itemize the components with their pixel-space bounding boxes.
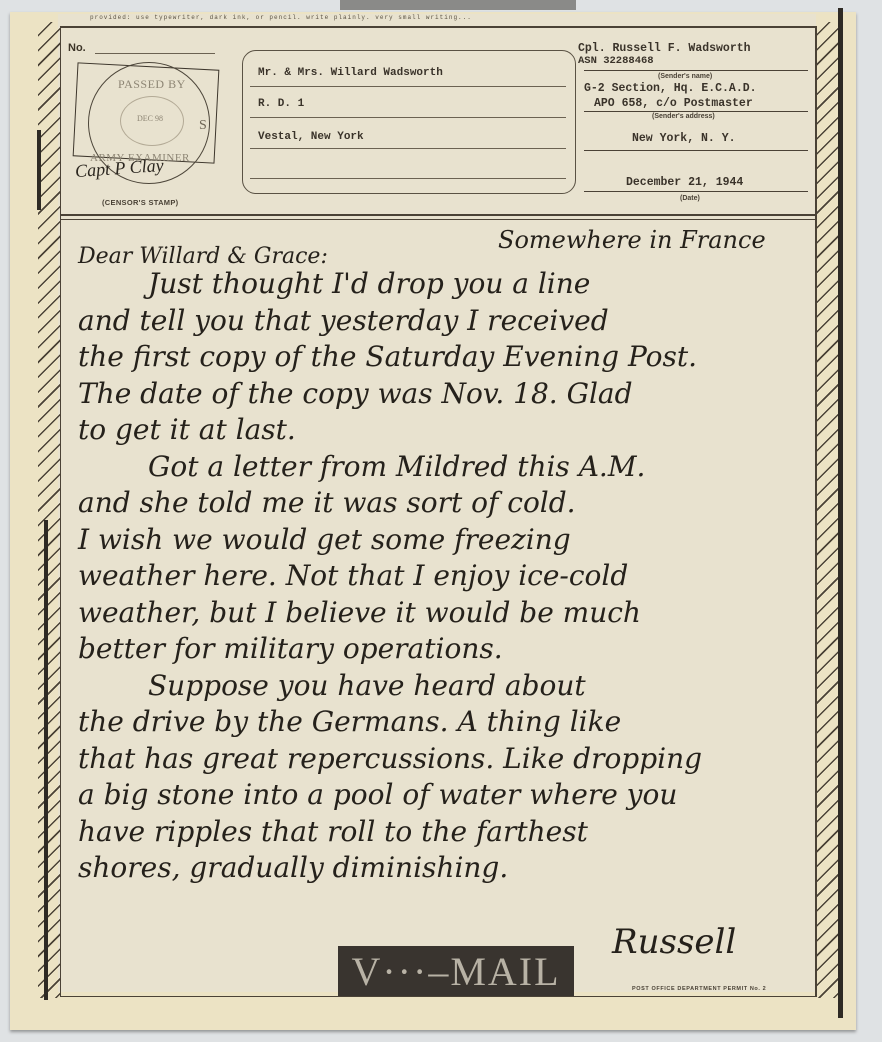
sender-address-caption: (Sender's address) <box>652 113 715 120</box>
censor-stamp-caption: (CENSOR'S STAMP) <box>102 198 178 207</box>
left-border <box>60 26 61 997</box>
post-office-permit: POST OFFICE DEPARTMENT PERMIT No. 2 <box>632 986 766 992</box>
bottom-border <box>60 996 816 997</box>
sender-city-rule <box>584 150 808 151</box>
header-divider-2 <box>60 219 816 220</box>
top-border <box>60 26 816 28</box>
letter-line: better for military operations. <box>78 631 818 668</box>
sender-name-caption: (Sender's name) <box>658 73 712 80</box>
address-rule <box>250 148 566 149</box>
recipient-name: Mr. & Mrs. Willard Wadsworth <box>258 67 443 79</box>
sender-address-rule <box>584 111 808 112</box>
letter-line: to get it at last. <box>78 412 818 449</box>
letter-line: Just thought I'd drop you a line <box>78 266 818 303</box>
number-label: No. <box>68 42 86 54</box>
number-field-line <box>95 53 215 54</box>
sender-address-line1: G-2 Section, Hq. E.C.A.D. <box>584 82 757 95</box>
stamp-date: DEC 98 <box>137 114 163 123</box>
sender-city: New York, N. Y. <box>632 132 736 145</box>
letter-line: Suppose you have heard about <box>78 668 818 705</box>
letter-line: I wish we would get some freezing <box>78 522 818 559</box>
letter-line: weather, but I believe it would be much <box>78 595 818 632</box>
vmail-banner: V···–MAIL <box>338 946 574 996</box>
letter-signature: Russell <box>612 922 736 962</box>
letter-line: the drive by the Germans. A thing like <box>78 704 818 741</box>
right-edge-bar <box>838 8 843 1018</box>
sender-address-line2: APO 658, c/o Postmaster <box>594 97 753 110</box>
letter-line: The date of the copy was Nov. 18. Glad <box>78 376 818 413</box>
letter-line: weather here. Not that I enjoy ice-cold <box>78 558 818 595</box>
letter-line: have ripples that roll to the farthest <box>78 814 818 851</box>
left-hatched-margin <box>38 22 60 998</box>
right-hatched-margin <box>816 22 838 998</box>
date-caption: (Date) <box>680 195 700 202</box>
address-rule <box>250 117 566 118</box>
letter-date: December 21, 1944 <box>626 176 743 189</box>
letter-line: a big stone into a pool of water where y… <box>78 777 818 814</box>
letter-line: that has great repercussions. Like dropp… <box>78 741 818 778</box>
sender-name-rule <box>584 70 808 71</box>
recipient-city: Vestal, New York <box>258 131 364 143</box>
form-instructions: provided: use typewriter, dark ink, or p… <box>90 14 590 22</box>
letter-line: and tell you that yesterday I received <box>78 303 818 340</box>
scanner-top-strip <box>340 0 576 10</box>
letter-line: the first copy of the Saturday Evening P… <box>78 339 818 376</box>
letter-line: shores, gradually diminishing. <box>78 850 818 887</box>
address-rule <box>250 86 566 87</box>
left-edge-mark-top <box>37 130 41 210</box>
stamp-letter: S <box>199 118 207 134</box>
left-edge-bar <box>44 520 48 1000</box>
letter-line: and she told me it was sort of cold. <box>78 485 818 522</box>
letter-location: Somewhere in France <box>498 226 766 254</box>
sender-name: Cpl. Russell F. Wadsworth <box>578 42 751 55</box>
recipient-route: R. D. 1 <box>258 98 304 110</box>
stamp-passed-by: PASSED BY <box>118 77 186 92</box>
letter-line: Got a letter from Mildred this A.M. <box>78 449 818 486</box>
date-rule <box>584 191 808 192</box>
address-rule <box>250 178 566 179</box>
header-divider-1 <box>60 214 816 216</box>
letter-body: Just thought I'd drop you a line and tel… <box>78 266 818 887</box>
sender-asn: ASN 32288468 <box>578 55 654 67</box>
